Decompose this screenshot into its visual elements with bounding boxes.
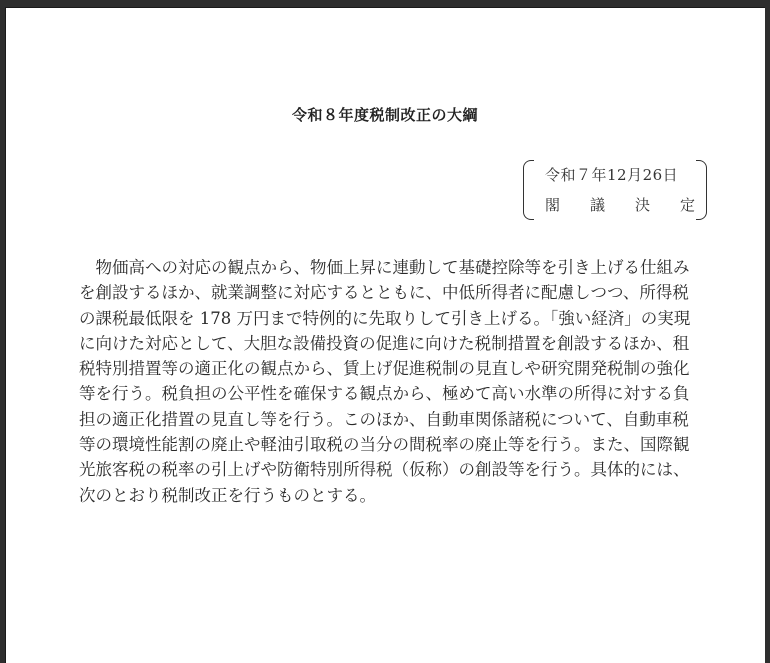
left-bracket	[523, 160, 534, 220]
body-line: 光旅客税の税率の引上げや防衛特別所得税（仮称）の創設等を行う。具体的には、	[79, 457, 709, 482]
body-line: 物価高への対応の観点から、物価上昇に連動して基礎控除等を引き上げる仕組み	[79, 255, 709, 280]
decision-status-char: 閣	[545, 194, 560, 215]
document-title: 令和８年度税制改正の大綱	[5, 104, 765, 125]
decision-status-char: 決	[635, 194, 650, 215]
body-line: 次のとおり税制改正を行うものとする。	[79, 483, 709, 508]
body-line: 等の環境性能割の廃止や軽油引取税の当分の間税率の廃止等を行う。また、国際観	[79, 432, 709, 457]
right-bracket	[696, 160, 707, 220]
decision-status: 閣 議 決 定	[545, 194, 695, 215]
decision-status-char: 議	[590, 194, 605, 215]
decision-status-char: 定	[680, 194, 695, 215]
body-line: 担の適正化措置の見直し等を行う。このほか、自動車関係諸税について、自動車税	[79, 407, 709, 432]
document-page: 令和８年度税制改正の大綱 令和７年12月26日 閣 議 決 定 物価高への対応の…	[5, 7, 765, 663]
body-paragraph: 物価高への対応の観点から、物価上昇に連動して基礎控除等を引き上げる仕組み を創設…	[79, 255, 709, 508]
cabinet-decision-box: 令和７年12月26日 閣 議 決 定	[523, 158, 707, 220]
decision-date: 令和７年12月26日	[545, 164, 695, 185]
body-line: の課税最低限を 178 万円まで特例的に先取りして引き上げる。「強い経済」の実現	[79, 306, 709, 331]
body-line: 等を行う。税負担の公平性を確保する観点から、極めて高い水準の所得に対する負	[79, 381, 709, 406]
document-viewer: 令和８年度税制改正の大綱 令和７年12月26日 閣 議 決 定 物価高への対応の…	[0, 0, 770, 663]
body-line: 税特別措置等の適正化の観点から、賃上げ促進税制の見直しや研究開発税制の強化	[79, 356, 709, 381]
body-line: を創設するほか、就業調整に対応するとともに、中低所得者に配慮しつつ、所得税	[79, 280, 709, 305]
body-line: に向けた対応として、大胆な設備投資の促進に向けた税制措置を創設するほか、租	[79, 331, 709, 356]
